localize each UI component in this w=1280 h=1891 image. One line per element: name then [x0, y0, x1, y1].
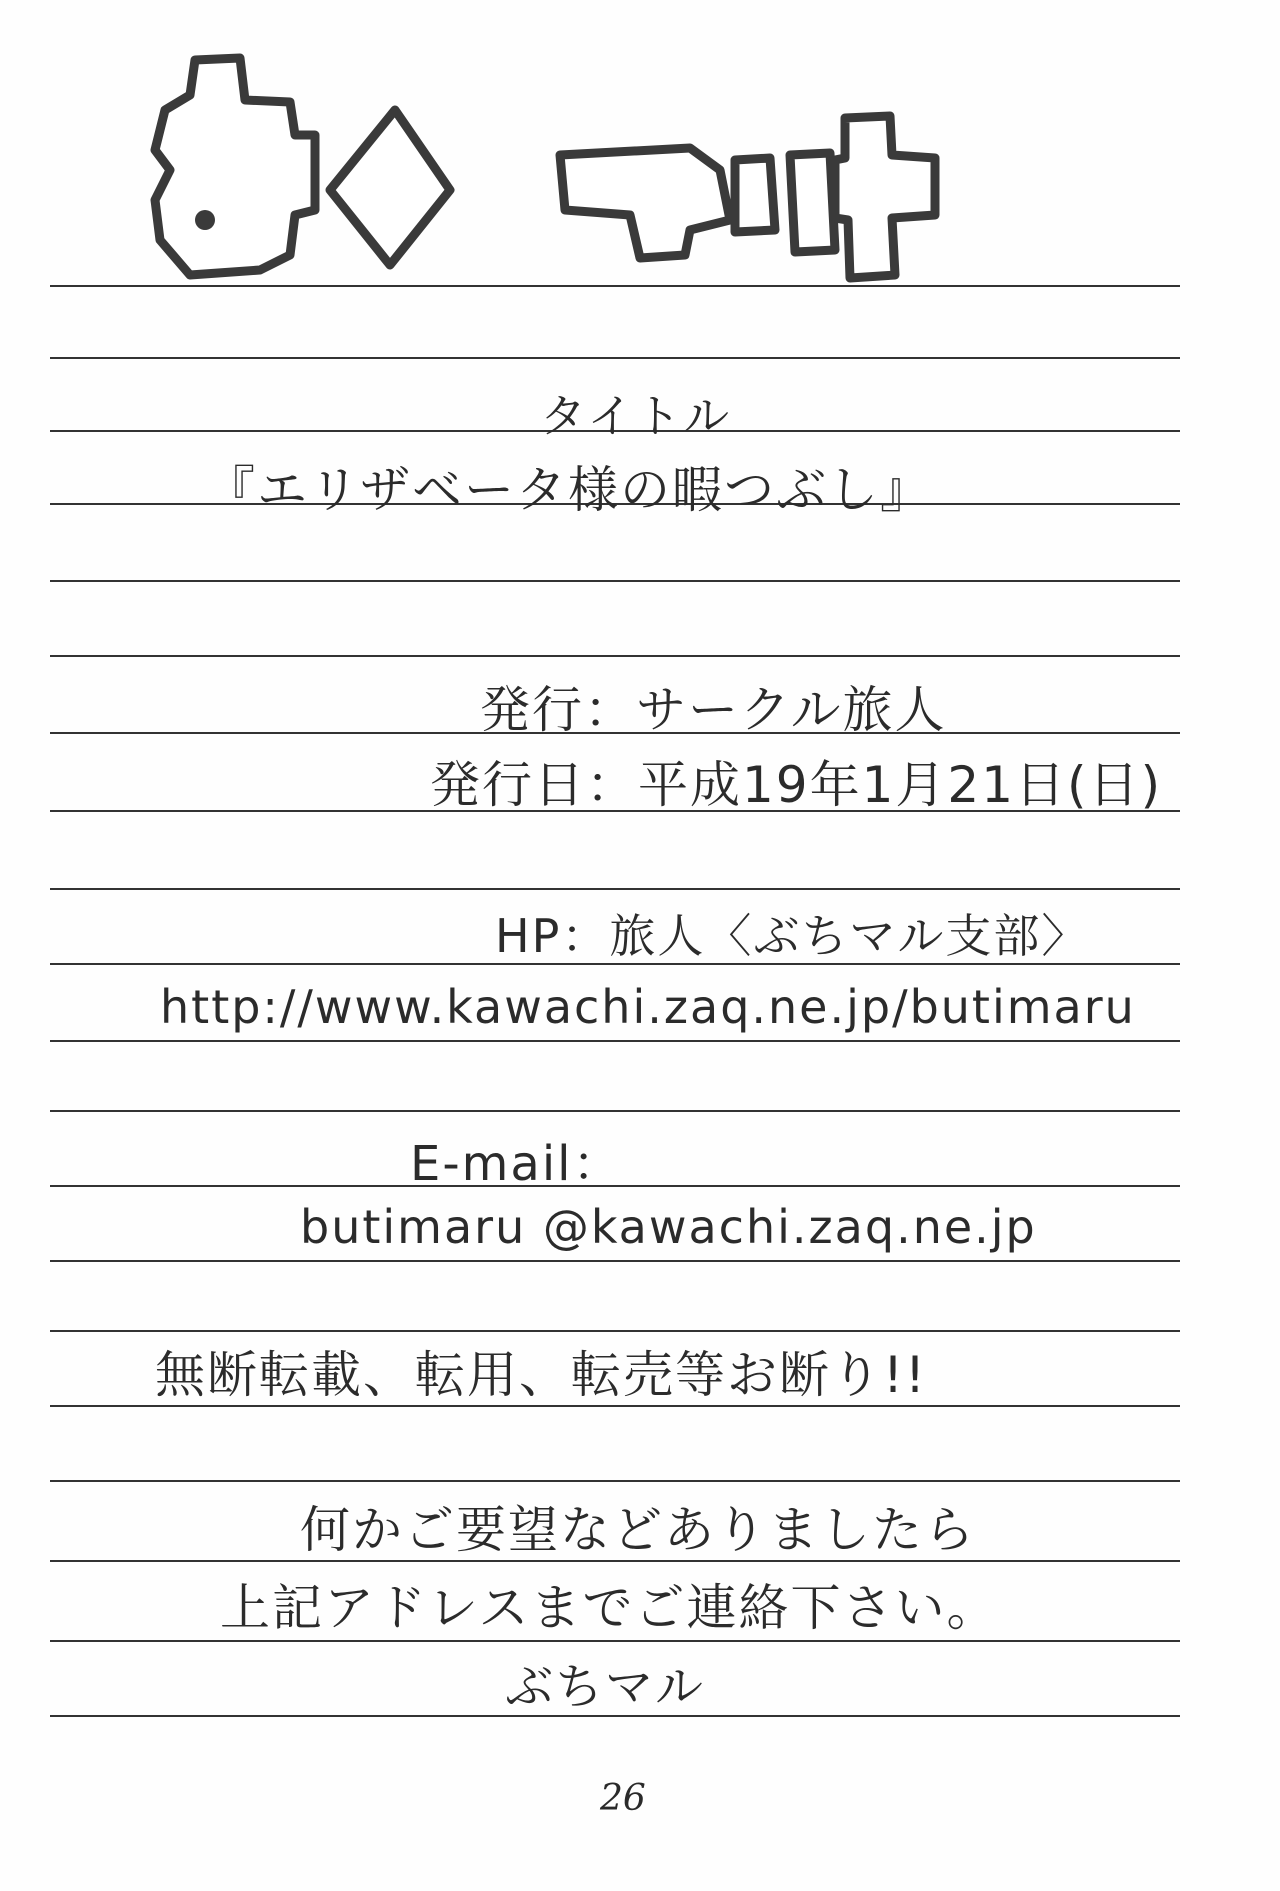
- rule-line: [50, 357, 1180, 359]
- rule-line: [50, 1640, 1180, 1642]
- rule-line: [50, 285, 1180, 287]
- message-line-1: 何かご要望などありましたら: [300, 1490, 976, 1562]
- publish-date: 発行日：平成19年1月21日(日): [430, 745, 1162, 817]
- homepage-label: HP：旅人〈ぶちマル支部〉: [495, 900, 1089, 966]
- afterword-title-art: [130, 40, 1180, 290]
- rule-line: [50, 655, 1180, 657]
- rule-line: [50, 1110, 1180, 1112]
- publisher: 発行：サークル旅人: [480, 670, 947, 742]
- title-label: タイトル: [540, 380, 731, 446]
- email-value[interactable]: butimaru @kawachi.zaq.ne.jp: [300, 1200, 1037, 1254]
- page-number: 26: [600, 1778, 646, 1819]
- rule-line: [50, 1260, 1180, 1262]
- rule-line: [50, 580, 1180, 582]
- rule-line: [50, 1330, 1180, 1332]
- rule-line: [50, 1040, 1180, 1042]
- homepage-url[interactable]: http://www.kawachi.zaq.ne.jp/butimaru: [160, 980, 1136, 1034]
- copyright-notice: 無断転載、転用、転売等お断り!!: [155, 1335, 927, 1407]
- message-line-2: 上記アドレスまでご連絡下さい。: [220, 1568, 999, 1640]
- rule-line: [50, 1480, 1180, 1482]
- rule-line: [50, 888, 1180, 890]
- email-label: E-mail：: [410, 1125, 623, 1194]
- title-value: 『エリザベータ様の暇つぶし』: [205, 450, 932, 522]
- notebook-page: タイトル 『エリザベータ様の暇つぶし』 発行：サークル旅人 発行日：平成19年1…: [0, 0, 1280, 1891]
- signature: ぶちマル: [505, 1648, 705, 1717]
